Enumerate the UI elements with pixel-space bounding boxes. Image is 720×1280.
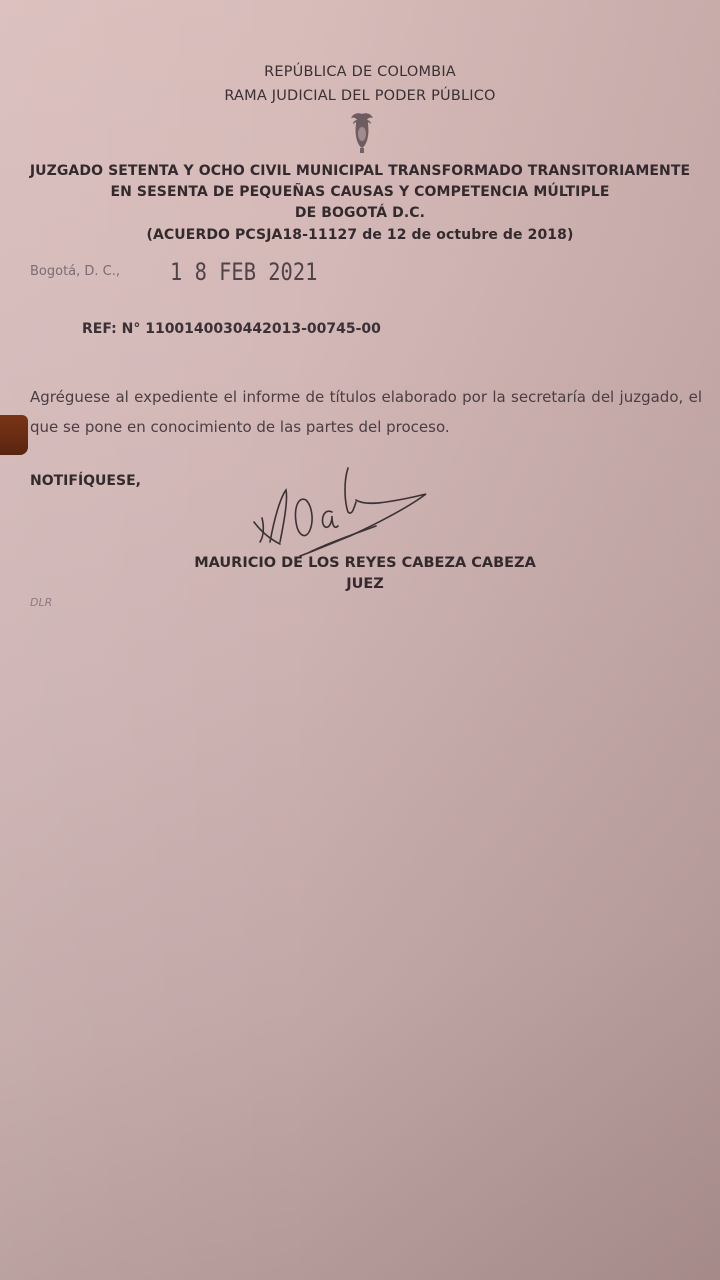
court-line-3: DE BOGOTÁ D.C. — [0, 205, 720, 221]
court-line-1: JUZGADO SETENTA Y OCHO CIVIL MUNICIPAL T… — [0, 163, 720, 179]
clerk-initials: DLR — [30, 596, 52, 609]
order-body-text: Agréguese al expediente el informe de tí… — [30, 382, 702, 442]
place-label: Bogotá, D. C., — [30, 264, 120, 279]
judge-title: JUEZ — [180, 576, 550, 592]
judge-name: MAURICIO DE LOS REYES CABEZA CABEZA — [180, 555, 550, 571]
colombia-coat-of-arms-icon — [347, 110, 377, 154]
case-reference: REF: N° 1100140030442013-00745-00 — [82, 321, 381, 337]
folder-tab-edge — [0, 415, 28, 455]
header-country: REPÚBLICA DE COLOMBIA — [0, 64, 720, 80]
court-line-2: EN SESENTA DE PEQUEÑAS CAUSAS Y COMPETEN… — [0, 184, 720, 200]
date-stamp: 1 8 FEB 2021 — [170, 258, 317, 286]
court-line-4: (ACUERDO PCSJA18-11127 de 12 de octubre … — [0, 227, 720, 243]
closing-notify: NOTIFÍQUESE, — [30, 473, 141, 489]
handwritten-signature-icon — [240, 460, 440, 560]
header-branch: RAMA JUDICIAL DEL PODER PÚBLICO — [0, 88, 720, 104]
